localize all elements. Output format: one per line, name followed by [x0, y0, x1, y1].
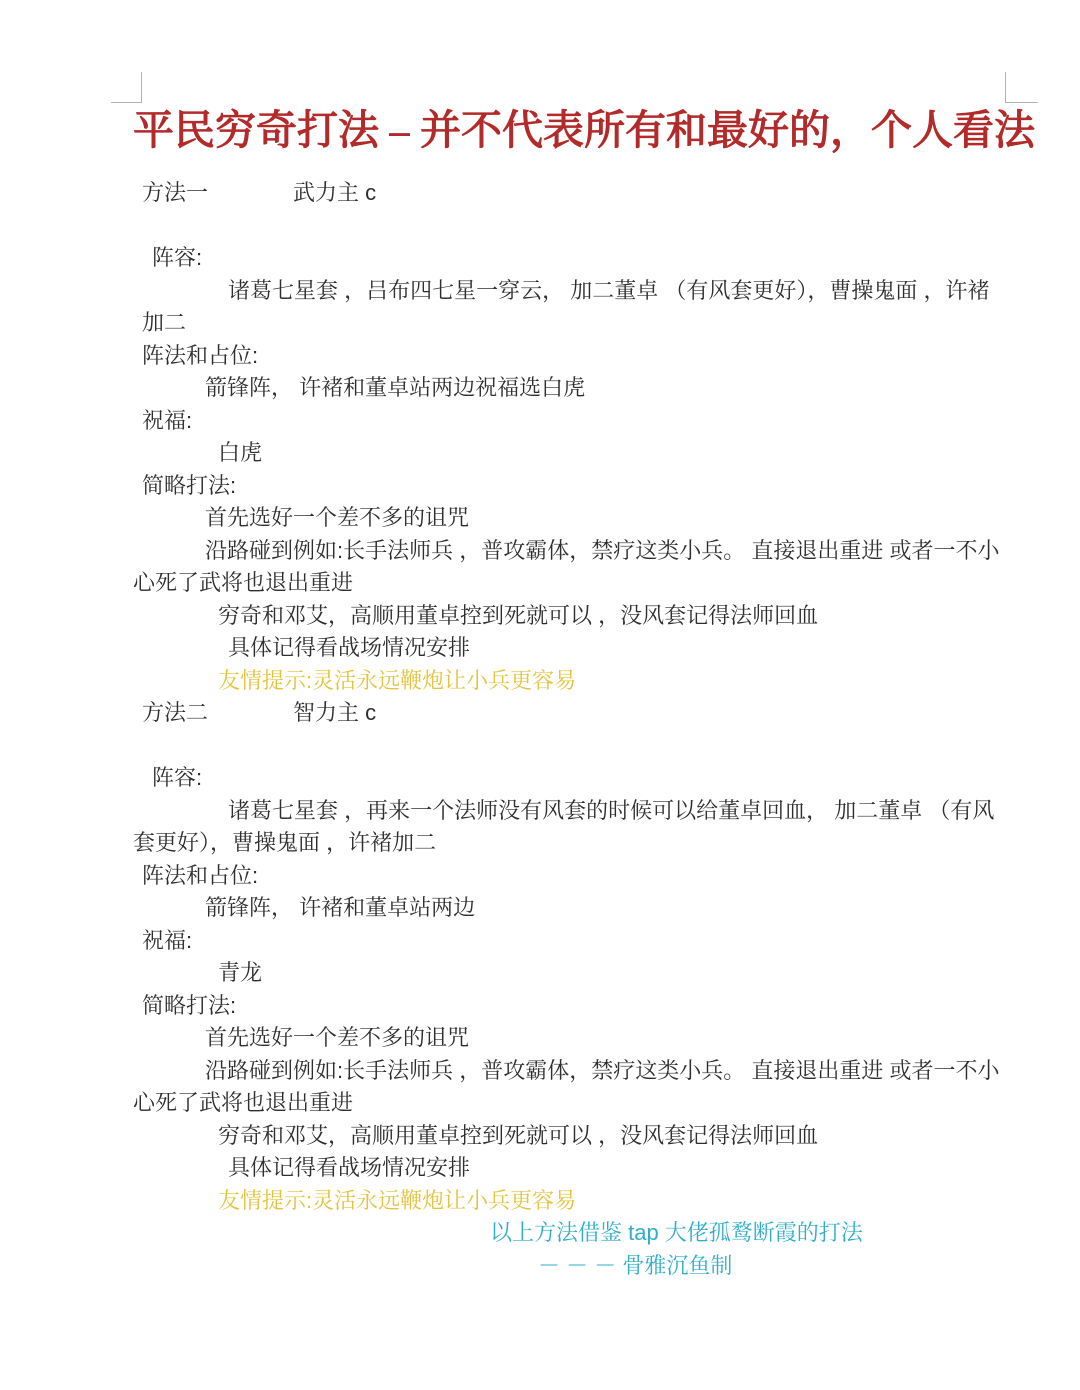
text-segment: 友情提示:灵活永远鞭炮让小兵更容易	[218, 1185, 576, 1218]
text-segment: 武力主 c	[293, 177, 376, 210]
blessing-text: 青龙	[0, 957, 1080, 990]
text-boundary-mark-top-right	[1005, 72, 1038, 103]
text-segment: 以上方法借鉴 tap 大佬孤鹜断霞的打法	[490, 1217, 863, 1250]
text-segment: 阵容:	[152, 762, 202, 795]
formation-label: 阵法和占位:	[0, 340, 1080, 373]
text-boundary-mark-top-left	[111, 72, 142, 103]
text-segment: 友情提示:灵活永远鞭炮让小兵更容易	[218, 665, 576, 698]
text-segment: 套更好），曹操鬼面 ，许褚加二	[133, 827, 436, 860]
text-segment: 祝福:	[142, 925, 192, 958]
text-segment: 方法一	[142, 177, 208, 210]
friendly-tip: 友情提示:灵活永远鞭炮让小兵更容易	[0, 665, 1080, 698]
text-segment: 箭锋阵， 许褚和董卓站两边	[205, 892, 475, 925]
blank-line	[0, 210, 1080, 243]
lineup-label: 阵容:	[0, 242, 1080, 275]
text-segment: 加二	[142, 307, 186, 340]
text-segment: 智力主 c	[293, 697, 376, 730]
tactics-step: 穷奇和邓艾，高顺用董卓控到死就可以 ，没风套记得法师回血	[0, 600, 1080, 633]
text-segment: 首先选好一个差不多的诅咒	[205, 1022, 469, 1055]
text-segment: 具体记得看战场情况安排	[228, 1152, 470, 1185]
text-segment: － － － 骨雅沉鱼制	[538, 1250, 732, 1283]
text-segment: 阵法和占位:	[142, 340, 258, 373]
blessing-label: 祝福:	[0, 405, 1080, 438]
text-segment: 沿路碰到例如:长手法师兵 ，普攻霸体，禁疗这类小兵。 直接退出重进 或者一不小	[205, 1055, 999, 1088]
text-segment: 箭锋阵， 许褚和董卓站两边祝福选白虎	[205, 372, 585, 405]
formation-text: 箭锋阵， 许褚和董卓站两边	[0, 892, 1080, 925]
method-1-heading: 方法一武力主 c	[0, 177, 1080, 210]
text-segment: 青龙	[218, 957, 262, 990]
text-segment: 穷奇和邓艾，高顺用董卓控到死就可以 ，没风套记得法师回血	[218, 1120, 818, 1153]
tactics-step: 沿路碰到例如:长手法师兵 ，普攻霸体，禁疗这类小兵。 直接退出重进 或者一不小	[0, 1055, 1080, 1088]
blessing-label: 祝福:	[0, 925, 1080, 958]
text-segment: 心死了武将也退出重进	[133, 1087, 353, 1120]
tactics-step-wrap: 心死了武将也退出重进	[0, 1087, 1080, 1120]
lineup-label: 阵容:	[0, 762, 1080, 795]
text-segment: 阵法和占位:	[142, 860, 258, 893]
text-segment: 方法二	[142, 697, 208, 730]
blank-line	[0, 730, 1080, 763]
formation-text: 箭锋阵， 许褚和董卓站两边祝福选白虎	[0, 372, 1080, 405]
formation-label: 阵法和占位:	[0, 860, 1080, 893]
document-body: 方法一武力主 c阵容:诸葛七星套 ，吕布四七星一穿云， 加二董卓 （有风套更好）…	[0, 177, 1080, 1282]
lineup-text: 诸葛七星套 ，再来一个法师没有风套的时候可以给董卓回血， 加二董卓 （有风	[0, 795, 1080, 828]
tactics-step: 具体记得看战场情况安排	[0, 1152, 1080, 1185]
text-segment: 沿路碰到例如:长手法师兵 ，普攻霸体，禁疗这类小兵。 直接退出重进 或者一不小	[205, 535, 999, 568]
tactics-step-wrap: 心死了武将也退出重进	[0, 567, 1080, 600]
text-segment: 阵容:	[152, 242, 202, 275]
text-segment: 诸葛七星套 ，再来一个法师没有风套的时候可以给董卓回血， 加二董卓 （有风	[228, 795, 994, 828]
document-page: 平民穷奇打法 – 并不代表所有和最好的，个人看法 方法一武力主 c阵容:诸葛七星…	[0, 0, 1080, 1390]
document-title: 平民穷奇打法 – 并不代表所有和最好的，个人看法	[133, 106, 1005, 155]
blessing-text: 白虎	[0, 437, 1080, 470]
text-segment: 白虎	[218, 437, 262, 470]
text-segment: 简略打法:	[142, 990, 236, 1023]
text-segment: 祝福:	[142, 405, 192, 438]
tactics-label: 简略打法:	[0, 470, 1080, 503]
friendly-tip: 友情提示:灵活永远鞭炮让小兵更容易	[0, 1185, 1080, 1218]
method-2-heading: 方法二智力主 c	[0, 697, 1080, 730]
tactics-step: 沿路碰到例如:长手法师兵 ，普攻霸体，禁疗这类小兵。 直接退出重进 或者一不小	[0, 535, 1080, 568]
tactics-step: 首先选好一个差不多的诅咒	[0, 1022, 1080, 1055]
tactics-step: 首先选好一个差不多的诅咒	[0, 502, 1080, 535]
text-segment: 穷奇和邓艾，高顺用董卓控到死就可以 ，没风套记得法师回血	[218, 600, 818, 633]
text-segment: 诸葛七星套 ，吕布四七星一穿云， 加二董卓 （有风套更好），曹操鬼面 ，许褚	[228, 275, 989, 308]
credit-author: － － － 骨雅沉鱼制	[0, 1250, 1080, 1283]
tactics-step: 具体记得看战场情况安排	[0, 632, 1080, 665]
tactics-step: 穷奇和邓艾，高顺用董卓控到死就可以 ，没风套记得法师回血	[0, 1120, 1080, 1153]
lineup-text-wrap: 加二	[0, 307, 1080, 340]
text-segment: 心死了武将也退出重进	[133, 567, 353, 600]
lineup-text-wrap: 套更好），曹操鬼面 ，许褚加二	[0, 827, 1080, 860]
tactics-label: 简略打法:	[0, 990, 1080, 1023]
text-segment: 简略打法:	[142, 470, 236, 503]
lineup-text: 诸葛七星套 ，吕布四七星一穿云， 加二董卓 （有风套更好），曹操鬼面 ，许褚	[0, 275, 1080, 308]
text-segment: 首先选好一个差不多的诅咒	[205, 502, 469, 535]
credit-source: 以上方法借鉴 tap 大佬孤鹜断霞的打法	[0, 1217, 1080, 1250]
text-segment: 具体记得看战场情况安排	[228, 632, 470, 665]
